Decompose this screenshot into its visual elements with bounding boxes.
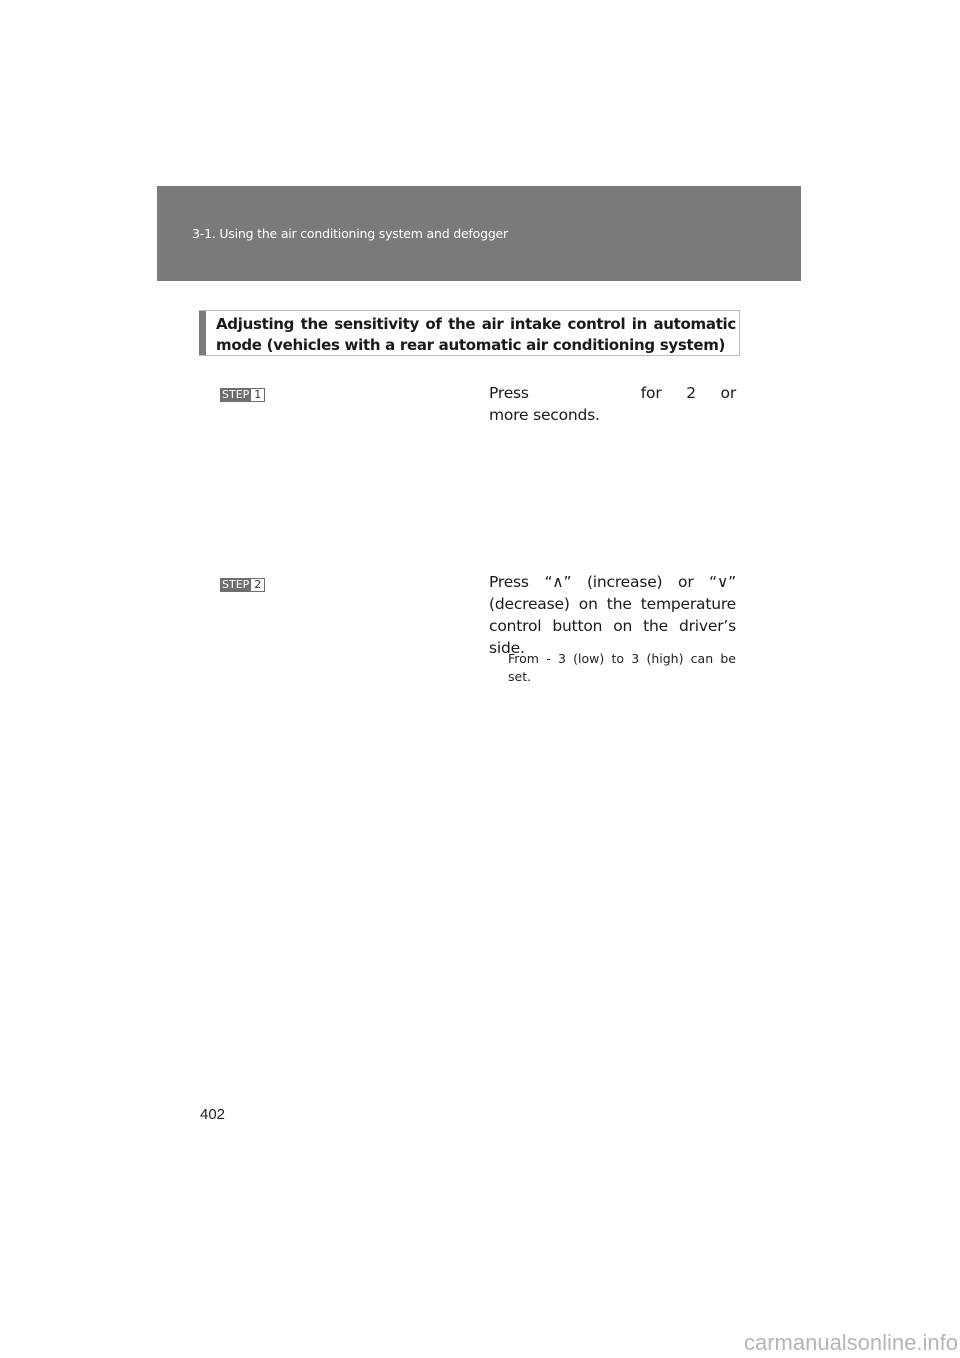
step-2-text: Press “∧” (increase) or “∨” (decrease) o… [489,571,736,659]
watermark: carmanualsonline.info [744,1328,960,1358]
step-number: 2 [251,578,265,592]
chapter-header: 3-1. Using the air conditioning system a… [157,186,801,281]
step-1-badge: STEP 1 [220,388,265,402]
section-heading-box: Adjusting the sensitivity of the air int… [199,310,740,356]
section-title: Adjusting the sensitivity of the air int… [216,314,736,356]
step-1-text-part1: Press [489,384,529,402]
section-accent-bar [199,311,206,355]
step-number: 1 [251,388,265,402]
page-number: 402 [200,1106,225,1123]
step-label: STEP [220,578,251,592]
step-1-text: Pressfor 2 or more seconds. [489,382,736,426]
step-label: STEP [220,388,251,402]
step-2-note: From - 3 (low) to 3 (high) can be set. [508,650,736,686]
chapter-title: 3-1. Using the air conditioning system a… [192,226,508,241]
step-2-badge: STEP 2 [220,578,265,592]
